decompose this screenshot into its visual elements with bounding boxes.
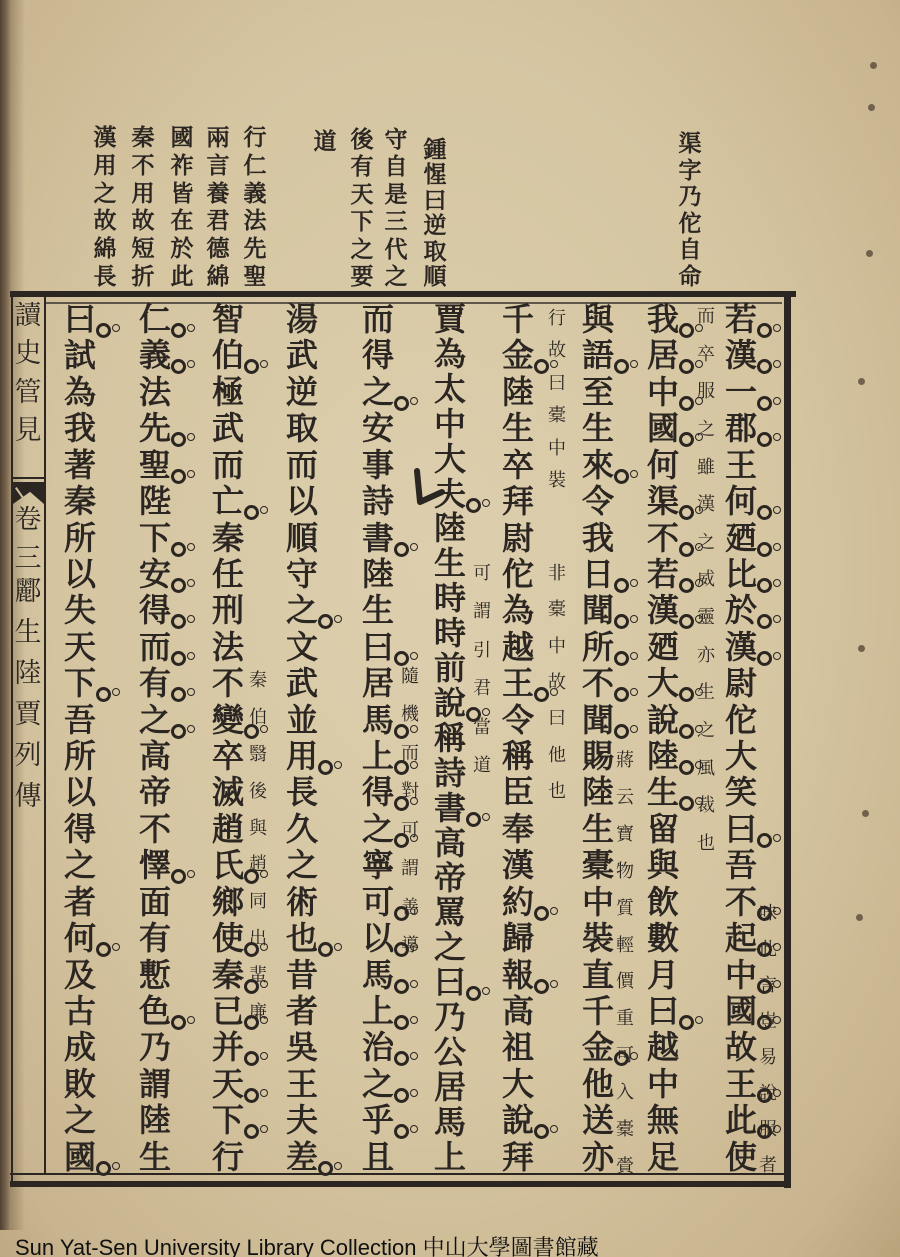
glyph: 詩 — [434, 757, 466, 789]
book-binding-edge — [0, 0, 11, 1230]
glyph: 面 — [139, 886, 171, 918]
glyph: 不 — [132, 154, 155, 177]
glyph: 逆 — [424, 214, 447, 237]
glyph: 陸 — [362, 558, 394, 590]
marked-glyph: 曰 — [64, 303, 96, 335]
marked-glyph: 說 — [502, 1104, 534, 1136]
marked-glyph: 使 — [212, 922, 244, 954]
marked-glyph: 書 — [362, 522, 394, 554]
glyph: 伯 — [249, 709, 267, 727]
glyph: 不 — [212, 667, 244, 699]
marked-glyph: 曰 — [434, 966, 466, 998]
glyph: 祖 — [502, 1031, 534, 1063]
glyph: 大 — [725, 740, 757, 772]
marked-glyph: 金 — [502, 339, 534, 371]
glyph: 引 — [473, 642, 491, 660]
margin-chapter-title: 酈生陸賈列傳 — [13, 578, 43, 810]
glyph: 之 — [351, 238, 374, 261]
glyph: 服 — [759, 1121, 777, 1139]
marked-glyph: 國 — [64, 1141, 96, 1173]
marked-glyph: 懌 — [139, 849, 171, 881]
marked-glyph: 何 — [725, 485, 757, 517]
glyph: 字 — [679, 159, 702, 182]
glyph: 中 — [548, 440, 566, 458]
glyph: 詩 — [362, 485, 394, 517]
marked-glyph: 國 — [725, 995, 757, 1027]
glyph: 君 — [207, 209, 230, 232]
glyph: 順 — [286, 522, 318, 554]
marked-glyph: 天 — [212, 1068, 244, 1100]
glyph: 拜 — [502, 485, 534, 517]
commentary-column: 而卒服之雖漢之威靈亦生之風裁也 — [694, 308, 718, 853]
glyph: 王 — [286, 1068, 318, 1100]
glyph: 及 — [64, 959, 96, 991]
glyph: 見 — [15, 417, 42, 444]
marked-glyph: 於 — [725, 594, 757, 626]
glyph: 且 — [362, 1141, 394, 1173]
glyph: 越 — [502, 631, 534, 663]
marked-glyph: 以 — [362, 922, 394, 954]
glyph: 前 — [434, 652, 466, 684]
glyph: 帝 — [139, 776, 171, 808]
glyph: 服 — [697, 383, 715, 401]
marked-glyph: 亡 — [212, 485, 244, 517]
glyph: 事 — [362, 449, 394, 481]
glyph: 守 — [286, 558, 318, 590]
glyph: 取 — [286, 412, 318, 444]
glyph: 古 — [64, 995, 96, 1027]
glyph: 王 — [725, 449, 757, 481]
glyph: 久 — [286, 813, 318, 845]
glyph: 笑 — [725, 776, 757, 808]
glyph: 極 — [212, 376, 244, 408]
glyph: 惺 — [424, 163, 447, 186]
headnote-column: 渠字乃佗自命 — [676, 132, 704, 288]
marked-glyph: 渠 — [647, 485, 679, 517]
marked-glyph: 曰 — [725, 813, 757, 845]
glyph: 物 — [616, 863, 634, 881]
glyph: 曰 — [548, 710, 566, 728]
glyph: 時 — [434, 617, 466, 649]
glyph: 武 — [286, 667, 318, 699]
marked-glyph: 比 — [725, 558, 757, 590]
marked-glyph: 郡 — [725, 412, 757, 444]
glyph: 而 — [697, 308, 715, 326]
glyph: 導 — [401, 937, 419, 955]
glyph: 之 — [697, 534, 715, 552]
glyph: 趙 — [249, 856, 267, 874]
glyph: 可 — [401, 822, 419, 840]
glyph: 裁 — [697, 797, 715, 815]
glyph: 千 — [582, 995, 614, 1027]
glyph: 陸 — [434, 512, 466, 544]
headnote-column: 兩言養君德綿 — [204, 126, 232, 288]
glyph: 皆 — [171, 182, 194, 205]
glyph: 云 — [616, 789, 634, 807]
marked-glyph: 色 — [139, 995, 171, 1027]
marked-glyph: 中 — [647, 376, 679, 408]
glyph: 之 — [697, 722, 715, 740]
marked-glyph: 不 — [647, 522, 679, 554]
glyph: 兩 — [207, 126, 230, 149]
glyph: 君 — [473, 680, 491, 698]
glyph: 昔 — [286, 959, 318, 991]
glyph: 拜 — [502, 1141, 534, 1173]
glyph: 何 — [647, 449, 679, 481]
glyph: 臣 — [502, 776, 534, 808]
glyph: 也 — [697, 835, 715, 853]
glyph: 質 — [616, 900, 634, 918]
commentary-column: 行故曰橐中裝 — [545, 310, 569, 490]
glyph: 陸 — [139, 1104, 171, 1136]
glyph: 乃 — [434, 1001, 466, 1033]
glyph: 生 — [502, 412, 534, 444]
glyph: 蔣 — [616, 752, 634, 770]
glyph: 馬 — [434, 1106, 466, 1138]
marked-glyph: 下 — [64, 667, 96, 699]
glyph: 以 — [64, 776, 96, 808]
marked-glyph: 漢 — [725, 631, 757, 663]
glyph: 善 — [401, 899, 419, 917]
glyph: 陸 — [502, 376, 534, 408]
glyph: 也 — [548, 783, 566, 801]
marked-glyph: 生 — [647, 776, 679, 808]
glyph: 三 — [385, 210, 408, 233]
glyph: 佗 — [502, 558, 534, 590]
glyph: 史 — [15, 340, 42, 367]
marked-glyph: 并 — [212, 1031, 244, 1063]
marked-glyph: 陸 — [647, 740, 679, 772]
marked-glyph: 何 — [64, 922, 96, 954]
marked-glyph: 之 — [362, 813, 394, 845]
marked-glyph: 變 — [212, 704, 244, 736]
marked-glyph: 一 — [725, 376, 757, 408]
glyph: 任 — [212, 558, 244, 590]
glyph: 此 — [171, 265, 194, 288]
glyph: 吳 — [286, 1031, 318, 1063]
glyph: 於 — [171, 237, 194, 260]
glyph: 風 — [697, 760, 715, 778]
glyph: 亦 — [697, 647, 715, 665]
glyph: 祚 — [171, 154, 194, 177]
glyph: 奉 — [502, 813, 534, 845]
binding-hole — [858, 645, 865, 652]
marked-glyph: 馬 — [362, 959, 394, 991]
marked-glyph: 日 — [582, 558, 614, 590]
library-collection-caption: Sun Yat-Sen University Library Collectio… — [15, 1231, 599, 1257]
frame-right-border — [784, 291, 791, 1188]
glyph: 天 — [351, 183, 374, 206]
glyph: 公 — [434, 1036, 466, 1068]
glyph: 之 — [94, 182, 117, 205]
glyph: 以 — [286, 485, 318, 517]
frame-bottom-border — [10, 1181, 791, 1187]
glyph: 越 — [647, 1031, 679, 1063]
glyph: 故 — [94, 209, 117, 232]
glyph: 中 — [434, 408, 466, 440]
glyph: 之 — [64, 1104, 96, 1136]
glyph: 守 — [385, 128, 408, 151]
glyph: 橐 — [548, 407, 566, 425]
glyph: 使 — [725, 1141, 757, 1173]
marked-glyph: 中 — [725, 959, 757, 991]
glyph: 他 — [548, 747, 566, 765]
marked-glyph: 語 — [582, 339, 614, 371]
glyph: 以 — [64, 558, 96, 590]
marked-glyph: 王 — [502, 667, 534, 699]
glyph: 廉 — [249, 1004, 267, 1022]
glyph: 長 — [94, 265, 117, 288]
glyph: 言 — [207, 154, 230, 177]
marked-glyph: 已 — [212, 995, 244, 1027]
glyph: 與 — [249, 820, 267, 838]
glyph: 靈 — [697, 609, 715, 627]
glyph: 翳 — [249, 746, 267, 764]
glyph: 稱 — [434, 722, 466, 754]
marked-glyph: 廼 — [725, 522, 757, 554]
section-check-mark-icon — [410, 468, 446, 508]
main-text-column: 智伯極武而亡秦任刑法不變卒滅趙氏鄉使秦已并天下行 — [206, 303, 250, 1173]
glyph: 秦 — [212, 522, 244, 554]
glyph: 生 — [139, 1141, 171, 1173]
marked-glyph: 報 — [502, 959, 534, 991]
glyph: 太 — [434, 373, 466, 405]
marked-glyph: 不 — [725, 886, 757, 918]
glyph: 仁 — [244, 154, 267, 177]
glyph: 賈 — [434, 303, 466, 335]
glyph: 為 — [64, 376, 96, 408]
glyph: 飲 — [647, 886, 679, 918]
glyph: 味 — [759, 905, 777, 923]
glyph: 大 — [502, 1068, 534, 1100]
glyph: 管 — [15, 379, 42, 406]
glyph: 廼 — [647, 631, 679, 663]
binding-hole — [868, 104, 875, 111]
glyph: 賈 — [15, 701, 42, 728]
glyph: 高 — [434, 827, 466, 859]
marked-glyph: 而 — [139, 631, 171, 663]
glyph: 綿 — [207, 265, 230, 288]
glyph: 卒 — [502, 449, 534, 481]
marked-glyph: 大 — [647, 667, 679, 699]
headnote-column: 漢用之故綿長 — [91, 126, 119, 288]
glyph: 橐 — [616, 1121, 634, 1139]
glyph: 安 — [362, 412, 394, 444]
glyph: 酈 — [15, 578, 42, 605]
margin-volume: 卷三 — [13, 506, 43, 572]
headnote-column: 行仁義法先聖 — [241, 126, 269, 288]
glyph: 言 — [759, 977, 777, 995]
glyph: 吾 — [64, 704, 96, 736]
glyph: 武 — [286, 339, 318, 371]
glyph: 有 — [139, 922, 171, 954]
glyph: 帝 — [434, 862, 466, 894]
glyph: 為 — [434, 338, 466, 370]
glyph: 敗 — [64, 1068, 96, 1100]
glyph: 秦 — [249, 672, 267, 690]
glyph: 亦 — [582, 1141, 614, 1173]
glyph: 曰 — [424, 189, 447, 212]
glyph: 所 — [64, 740, 96, 772]
glyph: 直 — [582, 959, 614, 991]
marked-glyph: 居 — [647, 339, 679, 371]
glyph: 折 — [132, 265, 155, 288]
glyph: 著 — [64, 449, 96, 481]
marked-glyph: 漢 — [725, 339, 757, 371]
glyph: 鍾 — [424, 138, 447, 161]
glyph: 歸 — [502, 922, 534, 954]
glyph: 罵 — [434, 896, 466, 928]
glyph: 滅 — [212, 776, 244, 808]
binding-hole — [866, 250, 873, 257]
marked-glyph: 可 — [362, 886, 394, 918]
marked-glyph: 乎 — [362, 1104, 394, 1136]
glyph: 後 — [351, 128, 374, 151]
glyph: 令 — [582, 485, 614, 517]
marked-glyph: 書 — [434, 792, 466, 824]
commentary-column: 非橐中故曰他也 — [545, 565, 569, 801]
glyph: 生 — [15, 619, 42, 646]
glyph: 並 — [286, 704, 318, 736]
main-text-column: 千金陸生卒拜尉佗為越王令稱臣奉漢約歸報高祖大說拜 — [496, 303, 540, 1173]
glyph: 者 — [286, 995, 318, 1027]
glyph: 失 — [64, 594, 96, 626]
glyph: 在 — [171, 209, 194, 232]
frame-top-border — [10, 291, 796, 297]
glyph: 月 — [647, 959, 679, 991]
glyph: 者 — [759, 1157, 777, 1175]
marked-glyph: 約 — [502, 886, 534, 918]
glyph: 成 — [64, 1031, 96, 1063]
glyph: 當 — [473, 719, 491, 737]
glyph: 天 — [64, 631, 96, 663]
marked-glyph: 下 — [212, 1104, 244, 1136]
glyph: 趙 — [212, 813, 244, 845]
glyph: 傳 — [15, 783, 42, 810]
glyph: 所 — [64, 522, 96, 554]
glyph: 得 — [362, 339, 394, 371]
glyph: 試 — [64, 339, 96, 371]
glyph: 而 — [362, 303, 394, 335]
glyph: 慙 — [139, 959, 171, 991]
marked-glyph: 所 — [582, 631, 614, 663]
glyph: 蜚 — [249, 967, 267, 985]
main-text-column: 我居中國何渠不若漢廼大說陸生留與飲數月曰越中無足 — [641, 303, 685, 1173]
headnote-column: 道 — [311, 130, 339, 154]
marked-glyph: 氏 — [212, 849, 244, 881]
binding-hole — [870, 62, 877, 69]
marked-glyph: 此 — [725, 1104, 757, 1136]
glyph: 是 — [385, 183, 408, 206]
glyph: 順 — [424, 265, 447, 288]
glyph: 秦 — [64, 485, 96, 517]
binding-hole — [858, 378, 865, 385]
marked-glyph: 秦 — [212, 959, 244, 991]
glyph: 術 — [286, 886, 318, 918]
glyph: 同 — [249, 893, 267, 911]
glyph: 卒 — [212, 740, 244, 772]
glyph: 裝 — [582, 922, 614, 954]
glyph: 法 — [212, 631, 244, 663]
marked-glyph: 不 — [582, 667, 614, 699]
marked-glyph: 聖 — [139, 449, 171, 481]
binding-hole — [862, 810, 869, 817]
glyph: 之 — [385, 265, 408, 288]
marked-glyph: 曰 — [362, 631, 394, 663]
glyph: 故 — [725, 1031, 757, 1063]
glyph: 湯 — [286, 303, 318, 335]
glyph: 可 — [616, 1047, 634, 1065]
glyph: 無 — [647, 1104, 679, 1136]
glyph: 漢 — [502, 849, 534, 881]
glyph: 尉 — [502, 522, 534, 554]
glyph: 國 — [171, 126, 194, 149]
glyph: 吾 — [725, 849, 757, 881]
glyph: 威 — [697, 571, 715, 589]
glyph: 上 — [434, 1141, 466, 1173]
glyph: 道 — [314, 130, 337, 153]
glyph: 對 — [401, 783, 419, 801]
glyph: 中 — [647, 1068, 679, 1100]
glyph: 寧 — [362, 849, 394, 881]
glyph: 數 — [647, 922, 679, 954]
main-text-column: 湯武逆取而以順守之文武並用長久之術也昔者吳王夫差 — [280, 303, 324, 1173]
glyph: 出 — [249, 930, 267, 948]
glyph: 送 — [582, 1104, 614, 1136]
marked-glyph: 上 — [362, 995, 394, 1027]
glyph: 易 — [759, 1049, 777, 1067]
glyph: 夫 — [286, 1104, 318, 1136]
glyph: 養 — [207, 182, 230, 205]
headnote-column: 鍾惺曰逆取順 — [421, 138, 449, 288]
marked-glyph: 安 — [139, 558, 171, 590]
glyph: 武 — [212, 412, 244, 444]
glyph: 不 — [139, 813, 171, 845]
marked-glyph: 聞 — [582, 594, 614, 626]
glyph: 居 — [362, 667, 394, 699]
glyph: 卷 — [15, 506, 42, 533]
marked-glyph: 若 — [725, 303, 757, 335]
headnote-column: 守自是三代之 — [382, 128, 410, 288]
glyph: 故 — [548, 342, 566, 360]
glyph: 豈 — [759, 1013, 777, 1031]
marked-glyph: 仁 — [139, 303, 171, 335]
glyph: 千 — [502, 303, 534, 335]
glyph: 行 — [548, 310, 566, 328]
marked-glyph: 也 — [286, 922, 318, 954]
marked-glyph: 聞 — [582, 704, 614, 736]
marked-glyph: 漢 — [647, 594, 679, 626]
marked-glyph: 先 — [139, 412, 171, 444]
glyph: 中 — [548, 638, 566, 656]
glyph: 我 — [64, 412, 96, 444]
glyph: 用 — [132, 182, 155, 205]
glyph: 之 — [286, 849, 318, 881]
glyph: 佗 — [679, 212, 702, 235]
glyph: 與 — [582, 303, 614, 335]
glyph: 短 — [132, 237, 155, 260]
glyph: 賜 — [582, 740, 614, 772]
glyph: 尉 — [725, 667, 757, 699]
marked-glyph: 我 — [647, 303, 679, 335]
glyph: 重 — [616, 1010, 634, 1028]
glyph: 自 — [385, 155, 408, 178]
glyph: 曰 — [548, 375, 566, 393]
glyph: 之 — [64, 849, 96, 881]
marked-glyph: 治 — [362, 1031, 394, 1063]
glyph: 足 — [647, 1141, 679, 1173]
glyph: 高 — [502, 995, 534, 1027]
